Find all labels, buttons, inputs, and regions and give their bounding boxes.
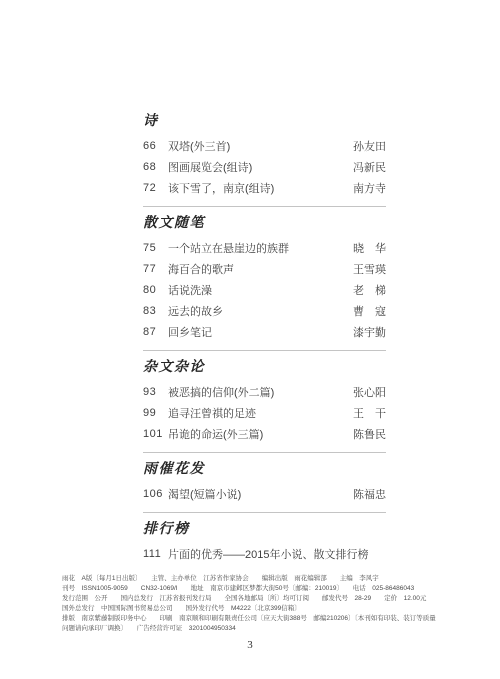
toc-entry: 87 回乡笔记 漆宇勤 xyxy=(143,321,386,342)
entry-page-number: 106 xyxy=(143,488,168,500)
toc-section: 杂文杂论 93 被恶搞的信仰(外二篇) 张心阳 99 追寻汪曾祺的足迹 王 干 … xyxy=(143,359,386,453)
colophon-line: 国外总发行 中国国际图书贸易总公司 国外发行代号 M4222〔北京399信箱〕 xyxy=(62,604,442,614)
entry-title: 吊诡的命运(外三篇) xyxy=(168,426,353,442)
entry-author: 王雪瑛 xyxy=(353,261,386,277)
entry-title: 该下雪了，南京(组诗) xyxy=(168,180,353,196)
entry-author: 曹 寇 xyxy=(353,303,386,319)
entry-page-number: 72 xyxy=(143,182,168,194)
toc-entry: 101 吊诡的命运(外三篇) 陈鲁民 xyxy=(143,423,386,444)
section-divider xyxy=(143,350,386,351)
section-items: 66 双塔(外三首) 孙友田 68 图画展览会(组诗) 冯新民 72 该下雪了，… xyxy=(143,135,386,198)
entry-page-number: 83 xyxy=(143,305,168,317)
colophon-line: 问题请向承印厂调换〕 广告经营许可证 3201004950334 xyxy=(62,624,442,634)
toc-entry: 80 话说洗澡 老 梯 xyxy=(143,279,386,300)
entry-author: 老 梯 xyxy=(353,282,386,298)
section-divider xyxy=(143,452,386,453)
toc-entry: 111 片面的优秀——2015年小说、散文排行榜 xyxy=(143,543,386,564)
section-divider xyxy=(143,512,386,513)
section-items: 111 片面的优秀——2015年小说、散文排行榜 xyxy=(143,543,386,564)
entry-author: 陈鲁民 xyxy=(353,426,386,442)
entry-title: 海百合的歌声 xyxy=(168,261,353,277)
toc-section: 排行榜 111 片面的优秀——2015年小说、散文排行榜 xyxy=(143,521,386,564)
colophon: 雨花 A版〔每月1日出版〕 主管、主办单位 江苏省作家协会 编辑出版 雨花编辑部… xyxy=(62,574,442,634)
entry-title: 被恶搞的信仰(外二篇) xyxy=(168,384,353,400)
entry-author: 晓 华 xyxy=(353,240,386,256)
section-heading: 散文随笔 xyxy=(143,215,386,233)
toc-entry: 68 图画展览会(组诗) 冯新民 xyxy=(143,156,386,177)
entry-page-number: 77 xyxy=(143,263,168,275)
colophon-line: 雨花 A版〔每月1日出版〕 主管、主办单位 江苏省作家协会 编辑出版 雨花编辑部… xyxy=(62,574,442,584)
entry-title: 回乡笔记 xyxy=(168,324,353,340)
entry-page-number: 87 xyxy=(143,326,168,338)
section-heading: 诗 xyxy=(143,113,386,131)
entry-title: 追寻汪曾祺的足迹 xyxy=(168,405,353,421)
entry-page-number: 99 xyxy=(143,407,168,419)
toc-entry: 77 海百合的歌声 王雪瑛 xyxy=(143,258,386,279)
entry-page-number: 80 xyxy=(143,284,168,296)
entry-title: 话说洗澡 xyxy=(168,282,353,298)
section-items: 106 渴望(短篇小说) 陈福忠 xyxy=(143,483,386,504)
entry-title: 双塔(外三首) xyxy=(168,138,353,154)
entry-page-number: 68 xyxy=(143,161,168,173)
entry-title: 图画展览会(组诗) xyxy=(168,159,353,175)
entry-title: 片面的优秀——2015年小说、散文排行榜 xyxy=(168,546,386,562)
section-items: 93 被恶搞的信仰(外二篇) 张心阳 99 追寻汪曾祺的足迹 王 干 101 吊… xyxy=(143,381,386,444)
entry-author: 陈福忠 xyxy=(353,486,386,502)
page-number: 3 xyxy=(0,639,500,651)
entry-author: 张心阳 xyxy=(353,384,386,400)
entry-title: 渴望(短篇小说) xyxy=(168,486,353,502)
section-heading: 排行榜 xyxy=(143,521,386,539)
section-heading: 雨催花发 xyxy=(143,461,386,479)
entry-author: 南方寺 xyxy=(353,180,386,196)
magazine-toc-page: 诗 66 双塔(外三首) 孙友田 68 图画展览会(组诗) 冯新民 72 该下雪… xyxy=(0,0,500,679)
toc-entry: 66 双塔(外三首) 孙友田 xyxy=(143,135,386,156)
toc-list: 诗 66 双塔(外三首) 孙友田 68 图画展览会(组诗) 冯新民 72 该下雪… xyxy=(143,113,386,564)
entry-author: 冯新民 xyxy=(353,159,386,175)
entry-page-number: 101 xyxy=(143,428,168,440)
entry-author: 王 干 xyxy=(353,405,386,421)
entry-author: 孙友田 xyxy=(353,138,386,154)
toc-entry: 99 追寻汪曾祺的足迹 王 干 xyxy=(143,402,386,423)
entry-page-number: 93 xyxy=(143,386,168,398)
toc-entry: 83 远去的故乡 曹 寇 xyxy=(143,300,386,321)
colophon-line: 刊号 ISSN1005-9059 CN32-1069/I 地址 南京市建邺区梦都… xyxy=(62,584,442,594)
toc-section: 诗 66 双塔(外三首) 孙友田 68 图画展览会(组诗) 冯新民 72 该下雪… xyxy=(143,113,386,207)
entry-page-number: 75 xyxy=(143,242,168,254)
toc-section: 散文随笔 75 一个站立在悬崖边的族群 晓 华 77 海百合的歌声 王雪瑛 80… xyxy=(143,215,386,351)
colophon-line: 排版 南京紫藤制版印务中心 印刷 南京顺和印刷有限责任公司〔应天大街388号 邮… xyxy=(62,614,442,624)
section-divider xyxy=(143,206,386,207)
toc-entry: 106 渴望(短篇小说) 陈福忠 xyxy=(143,483,386,504)
toc-section: 雨催花发 106 渴望(短篇小说) 陈福忠 xyxy=(143,461,386,513)
section-heading: 杂文杂论 xyxy=(143,359,386,377)
toc-entry: 72 该下雪了，南京(组诗) 南方寺 xyxy=(143,177,386,198)
entry-title: 远去的故乡 xyxy=(168,303,353,319)
entry-page-number: 66 xyxy=(143,140,168,152)
section-items: 75 一个站立在悬崖边的族群 晓 华 77 海百合的歌声 王雪瑛 80 话说洗澡… xyxy=(143,237,386,342)
entry-page-number: 111 xyxy=(143,548,168,560)
entry-author: 漆宇勤 xyxy=(353,324,386,340)
toc-entry: 75 一个站立在悬崖边的族群 晓 华 xyxy=(143,237,386,258)
colophon-line: 发行范围 公开 国内总发行 江苏省报刊发行局 全国各地邮局〔所〕均可订阅 邮发代… xyxy=(62,594,442,604)
toc-entry: 93 被恶搞的信仰(外二篇) 张心阳 xyxy=(143,381,386,402)
entry-title: 一个站立在悬崖边的族群 xyxy=(168,240,353,256)
